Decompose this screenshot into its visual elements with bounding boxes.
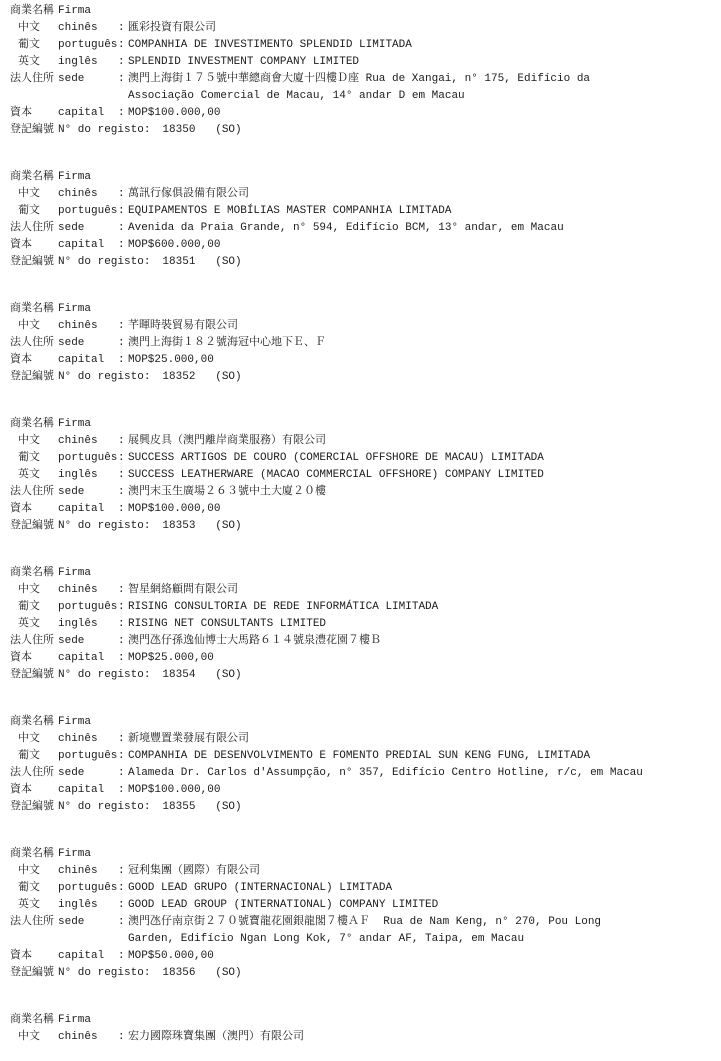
field-label-pt: português: [58, 748, 118, 765]
field-value: 澳門末玉生廣場２６３號中土大廈２０樓: [128, 484, 713, 501]
record-row: 資本capital:MOP$100.000,00: [10, 105, 713, 122]
field-label-zh: 中文: [10, 186, 58, 203]
field-separator: :: [118, 863, 128, 880]
field-label-pt: N° do registo:: [58, 369, 150, 386]
field-label-pt: inglês: [58, 897, 118, 914]
field-value: MOP$600.000,00: [128, 237, 713, 254]
field-label-pt: Firma: [58, 169, 118, 186]
record-row: 法人住所sede:Avenida da Praia Grande, n° 594…: [10, 220, 713, 237]
field-label-pt: N° do registo:: [58, 518, 150, 535]
company-record: 商業名稱Firma中文chinês:冠利集團（國際）有限公司葡文portuguê…: [10, 846, 713, 982]
field-label-zh: 中文: [10, 863, 58, 880]
record-row: 英文inglês:SPLENDID INVESTMENT COMPANY LIM…: [10, 54, 713, 71]
field-separator: :: [118, 220, 128, 237]
field-separator: :: [118, 433, 128, 450]
field-value: SUCCESS ARTIGOS DE COURO (COMERCIAL OFFS…: [128, 450, 713, 467]
field-value: Avenida da Praia Grande, n° 594, Edifíci…: [128, 220, 713, 237]
record-row: 資本capital:MOP$600.000,00: [10, 237, 713, 254]
record-row: 商業名稱Firma: [10, 565, 713, 582]
field-value: GOOD LEAD GRUPO (INTERNACIONAL) LIMITADA: [128, 880, 713, 897]
registration-number-row: 登記編號N° do registo:18353 (SO): [10, 518, 713, 535]
field-value: COMPANHIA DE INVESTIMENTO SPLENDID LIMIT…: [128, 37, 713, 54]
field-value: MOP$100.000,00: [128, 501, 713, 518]
field-label-zh: 商業名稱: [10, 169, 58, 186]
company-record: 商業名稱Firma中文chinês:萬訊行傢俱設備有限公司葡文português…: [10, 169, 713, 271]
record-row: 法人住所sede:澳門氹仔南京街２７０號寶龍花園銀龍閣７樓ＡＦ Rua de N…: [10, 914, 713, 948]
field-separator: :: [118, 484, 128, 501]
field-separator: :: [118, 186, 128, 203]
field-value: RISING NET CONSULTANTS LIMITED: [128, 616, 713, 633]
record-row: 法人住所sede:澳門氹仔孫逸仙博士大馬路６１４號泉澧花園７樓Ｂ: [10, 633, 713, 650]
record-row: 法人住所sede:澳門上海街１８２號海冠中心地下Ｅ、Ｆ: [10, 335, 713, 352]
field-label-zh: 葡文: [10, 203, 58, 220]
record-row: 法人住所sede:澳門末玉生廣場２６３號中土大廈２０樓: [10, 484, 713, 501]
field-value: 澳門上海街１８２號海冠中心地下Ｅ、Ｆ: [128, 335, 713, 352]
field-label-zh: 中文: [10, 433, 58, 450]
field-label-pt: inglês: [58, 54, 118, 71]
field-label-zh: 中文: [10, 731, 58, 748]
field-label-pt: sede: [58, 633, 118, 650]
record-row: 葡文português:COMPANHIA DE DESENVOLVIMENTO…: [10, 748, 713, 765]
field-separator: :: [118, 237, 128, 254]
records: 商業名稱Firma中文chinês:匯彩投資有限公司葡文português:CO…: [10, 3, 713, 1046]
field-label-zh: 商業名稱: [10, 301, 58, 318]
field-label-pt: capital: [58, 782, 118, 799]
field-label-zh: 中文: [10, 20, 58, 37]
field-separator: :: [118, 467, 128, 484]
field-label-zh: 中文: [10, 582, 58, 599]
field-value: 新境豐置業發展有限公司: [128, 731, 713, 748]
field-value: 18355 (SO): [150, 799, 713, 816]
field-label-zh: 資本: [10, 237, 58, 254]
registration-number-row: 登記編號N° do registo:18356 (SO): [10, 965, 713, 982]
field-value: COMPANHIA DE DESENVOLVIMENTO E FOMENTO P…: [128, 748, 713, 765]
field-separator: :: [118, 203, 128, 220]
field-value: EQUIPAMENTOS E MOBÍLIAS MASTER COMPANHIA…: [128, 203, 713, 220]
field-label-pt: capital: [58, 948, 118, 965]
record-row: 資本capital:MOP$100.000,00: [10, 782, 713, 799]
record-row: 商業名稱Firma: [10, 1012, 713, 1029]
record-row: 葡文português:SUCCESS ARTIGOS DE COURO (CO…: [10, 450, 713, 467]
field-label-pt: chinês: [58, 582, 118, 599]
field-separator: :: [118, 20, 128, 37]
field-label-zh: 法人住所: [10, 484, 58, 501]
field-separator: :: [118, 501, 128, 518]
field-label-pt: Firma: [58, 3, 118, 20]
field-label-pt: chinês: [58, 20, 118, 37]
record-row: 商業名稱Firma: [10, 3, 713, 20]
field-label-zh: 法人住所: [10, 71, 58, 88]
field-label-pt: português: [58, 203, 118, 220]
record-row: 中文chinês:萬訊行傢俱設備有限公司: [10, 186, 713, 203]
field-value: MOP$50.000,00: [128, 948, 713, 965]
field-label-pt: capital: [58, 650, 118, 667]
record-row: 英文inglês:RISING NET CONSULTANTS LIMITED: [10, 616, 713, 633]
record-row: 資本capital:MOP$25.000,00: [10, 650, 713, 667]
field-label-pt: chinês: [58, 186, 118, 203]
field-label-pt: chinês: [58, 863, 118, 880]
record-row: 中文chinês:芊暉時裝貿易有限公司: [10, 318, 713, 335]
record-row: 資本capital:MOP$100.000,00: [10, 501, 713, 518]
field-label-pt: chinês: [58, 433, 118, 450]
record-row: 葡文português:EQUIPAMENTOS E MOBÍLIAS MAST…: [10, 203, 713, 220]
field-value: 澳門上海街１７５號中華總商會大廈十四樓Ｄ座 Rua de Xangai, n° …: [128, 71, 713, 105]
field-separator: :: [118, 105, 128, 122]
record-row: 商業名稱Firma: [10, 416, 713, 433]
field-value: MOP$100.000,00: [128, 105, 713, 122]
field-label-zh: 商業名稱: [10, 3, 58, 20]
field-label-zh: 登記編號: [10, 667, 58, 684]
record-row: 英文inglês:GOOD LEAD GROUP (INTERNATIONAL)…: [10, 897, 713, 914]
company-record: 商業名稱Firma中文chinês:智星網絡顧問有限公司葡文português:…: [10, 565, 713, 684]
field-value: 18351 (SO): [150, 254, 713, 271]
field-label-pt: sede: [58, 914, 118, 931]
field-separator: :: [118, 71, 128, 88]
field-label-pt: inglês: [58, 616, 118, 633]
field-label-pt: Firma: [58, 416, 118, 433]
record-row: 商業名稱Firma: [10, 301, 713, 318]
field-value: 澳門氹仔孫逸仙博士大馬路６１４號泉澧花園７樓Ｂ: [128, 633, 713, 650]
field-label-zh: 英文: [10, 616, 58, 633]
field-label-pt: N° do registo:: [58, 799, 150, 816]
registration-number-row: 登記編號N° do registo:18352 (SO): [10, 369, 713, 386]
field-label-pt: português: [58, 599, 118, 616]
field-value: GOOD LEAD GROUP (INTERNATIONAL) COMPANY …: [128, 897, 713, 914]
field-separator: :: [118, 616, 128, 633]
field-label-pt: Firma: [58, 301, 118, 318]
field-label-pt: sede: [58, 220, 118, 237]
field-separator: :: [118, 582, 128, 599]
field-separator: :: [118, 748, 128, 765]
field-value: RISING CONSULTORIA DE REDE INFORMÁTICA L…: [128, 599, 713, 616]
field-separator: :: [118, 599, 128, 616]
field-value: 萬訊行傢俱設備有限公司: [128, 186, 713, 203]
field-label-zh: 登記編號: [10, 799, 58, 816]
record-row: 法人住所sede:Alameda Dr. Carlos d'Assumpção,…: [10, 765, 713, 782]
field-label-pt: Firma: [58, 565, 118, 582]
field-label-pt: sede: [58, 71, 118, 88]
field-separator: :: [118, 54, 128, 71]
field-value: 匯彩投資有限公司: [128, 20, 713, 37]
company-record: 商業名稱Firma中文chinês:展興皮具（澳門離岸商業服務）有限公司葡文po…: [10, 416, 713, 535]
gazette-page: 商業名稱Firma中文chinês:匯彩投資有限公司葡文português:CO…: [0, 0, 721, 1061]
registration-number-row: 登記編號N° do registo:18355 (SO): [10, 799, 713, 816]
field-label-zh: 葡文: [10, 880, 58, 897]
field-label-pt: Firma: [58, 1012, 118, 1029]
field-label-zh: 英文: [10, 897, 58, 914]
record-row: 資本capital:MOP$25.000,00: [10, 352, 713, 369]
record-row: 中文chinês:匯彩投資有限公司: [10, 20, 713, 37]
field-label-pt: chinês: [58, 1029, 118, 1046]
field-separator: :: [118, 948, 128, 965]
field-label-zh: 登記編號: [10, 518, 58, 535]
field-separator: :: [118, 37, 128, 54]
field-value: 冠利集團（國際）有限公司: [128, 863, 713, 880]
field-value: 芊暉時裝貿易有限公司: [128, 318, 713, 335]
field-label-zh: 登記編號: [10, 254, 58, 271]
field-separator: :: [118, 650, 128, 667]
field-value: 18352 (SO): [150, 369, 713, 386]
field-label-zh: 資本: [10, 105, 58, 122]
field-label-zh: 資本: [10, 782, 58, 799]
field-label-pt: N° do registo:: [58, 122, 150, 139]
field-label-pt: português: [58, 450, 118, 467]
field-value: Alameda Dr. Carlos d'Assumpção, n° 357, …: [128, 765, 713, 782]
field-label-zh: 葡文: [10, 748, 58, 765]
field-label-zh: 英文: [10, 54, 58, 71]
field-separator: :: [118, 897, 128, 914]
record-row: 商業名稱Firma: [10, 846, 713, 863]
field-label-pt: capital: [58, 352, 118, 369]
registration-number-row: 登記編號N° do registo:18354 (SO): [10, 667, 713, 684]
field-label-pt: sede: [58, 335, 118, 352]
field-label-zh: 商業名稱: [10, 565, 58, 582]
field-label-pt: Firma: [58, 714, 118, 731]
field-label-pt: português: [58, 880, 118, 897]
record-row: 英文inglês:SUCCESS LEATHERWARE (MACAO COMM…: [10, 467, 713, 484]
field-separator: :: [118, 318, 128, 335]
record-row: 葡文português:GOOD LEAD GRUPO (INTERNACION…: [10, 880, 713, 897]
field-value: SUCCESS LEATHERWARE (MACAO COMMERCIAL OF…: [128, 467, 713, 484]
record-row: 商業名稱Firma: [10, 169, 713, 186]
field-label-zh: 商業名稱: [10, 416, 58, 433]
field-label-pt: português: [58, 37, 118, 54]
field-label-zh: 法人住所: [10, 633, 58, 650]
field-label-pt: chinês: [58, 318, 118, 335]
registration-number-row: 登記編號N° do registo:18350 (SO): [10, 122, 713, 139]
field-label-pt: capital: [58, 237, 118, 254]
field-label-zh: 商業名稱: [10, 1012, 58, 1029]
field-separator: :: [118, 880, 128, 897]
field-value: 18353 (SO): [150, 518, 713, 535]
company-record: 商業名稱Firma中文chinês:芊暉時裝貿易有限公司法人住所sede:澳門上…: [10, 301, 713, 386]
field-value: MOP$100.000,00: [128, 782, 713, 799]
field-label-zh: 中文: [10, 1029, 58, 1046]
field-label-zh: 法人住所: [10, 765, 58, 782]
field-label-pt: N° do registo:: [58, 965, 150, 982]
field-label-zh: 法人住所: [10, 335, 58, 352]
company-record: 商業名稱Firma中文chinês:匯彩投資有限公司葡文português:CO…: [10, 3, 713, 139]
field-label-zh: 商業名稱: [10, 714, 58, 731]
field-separator: :: [118, 352, 128, 369]
record-row: 中文chinês:智星網絡顧問有限公司: [10, 582, 713, 599]
field-value: 澳門氹仔南京街２７０號寶龍花園銀龍閣７樓ＡＦ Rua de Nam Keng, …: [128, 914, 713, 948]
field-label-zh: 法人住所: [10, 220, 58, 237]
record-row: 中文chinês:宏力國際珠寶集團（澳門）有限公司: [10, 1029, 713, 1046]
field-value: 18356 (SO): [150, 965, 713, 982]
field-label-zh: 資本: [10, 948, 58, 965]
field-label-zh: 資本: [10, 501, 58, 518]
field-value: 18354 (SO): [150, 667, 713, 684]
record-row: 葡文português:COMPANHIA DE INVESTIMENTO SP…: [10, 37, 713, 54]
field-label-pt: capital: [58, 501, 118, 518]
field-label-zh: 葡文: [10, 599, 58, 616]
field-label-zh: 葡文: [10, 450, 58, 467]
record-row: 資本capital:MOP$50.000,00: [10, 948, 713, 965]
field-label-zh: 資本: [10, 352, 58, 369]
field-value: MOP$25.000,00: [128, 352, 713, 369]
record-row: 法人住所sede:澳門上海街１７５號中華總商會大廈十四樓Ｄ座 Rua de Xa…: [10, 71, 713, 105]
field-label-zh: 資本: [10, 650, 58, 667]
field-separator: :: [118, 1029, 128, 1046]
field-separator: :: [118, 914, 128, 931]
field-label-pt: Firma: [58, 846, 118, 863]
record-row: 葡文português:RISING CONSULTORIA DE REDE I…: [10, 599, 713, 616]
field-value: SPLENDID INVESTMENT COMPANY LIMITED: [128, 54, 713, 71]
field-separator: :: [118, 765, 128, 782]
field-label-pt: capital: [58, 105, 118, 122]
field-label-pt: sede: [58, 765, 118, 782]
field-separator: :: [118, 782, 128, 799]
field-value: 智星網絡顧問有限公司: [128, 582, 713, 599]
field-value: MOP$25.000,00: [128, 650, 713, 667]
field-value: 展興皮具（澳門離岸商業服務）有限公司: [128, 433, 713, 450]
registration-number-row: 登記編號N° do registo:18351 (SO): [10, 254, 713, 271]
field-label-zh: 登記編號: [10, 369, 58, 386]
field-separator: :: [118, 731, 128, 748]
field-separator: :: [118, 633, 128, 650]
field-label-zh: 登記編號: [10, 965, 58, 982]
record-row: 中文chinês:展興皮具（澳門離岸商業服務）有限公司: [10, 433, 713, 450]
field-label-pt: chinês: [58, 731, 118, 748]
field-value: 18350 (SO): [150, 122, 713, 139]
field-label-zh: 中文: [10, 318, 58, 335]
field-separator: :: [118, 450, 128, 467]
field-label-zh: 登記編號: [10, 122, 58, 139]
record-row: 中文chinês:新境豐置業發展有限公司: [10, 731, 713, 748]
field-separator: :: [118, 335, 128, 352]
field-label-zh: 葡文: [10, 37, 58, 54]
field-label-pt: N° do registo:: [58, 254, 150, 271]
field-label-pt: inglês: [58, 467, 118, 484]
field-label-pt: N° do registo:: [58, 667, 150, 684]
field-label-zh: 商業名稱: [10, 846, 58, 863]
record-row: 商業名稱Firma: [10, 714, 713, 731]
field-label-pt: sede: [58, 484, 118, 501]
field-value: 宏力國際珠寶集團（澳門）有限公司: [128, 1029, 713, 1046]
field-label-zh: 法人住所: [10, 914, 58, 931]
company-record: 商業名稱Firma中文chinês:新境豐置業發展有限公司葡文português…: [10, 714, 713, 816]
field-label-zh: 英文: [10, 467, 58, 484]
company-record: 商業名稱Firma中文chinês:宏力國際珠寶集團（澳門）有限公司: [10, 1012, 713, 1046]
record-row: 中文chinês:冠利集團（國際）有限公司: [10, 863, 713, 880]
